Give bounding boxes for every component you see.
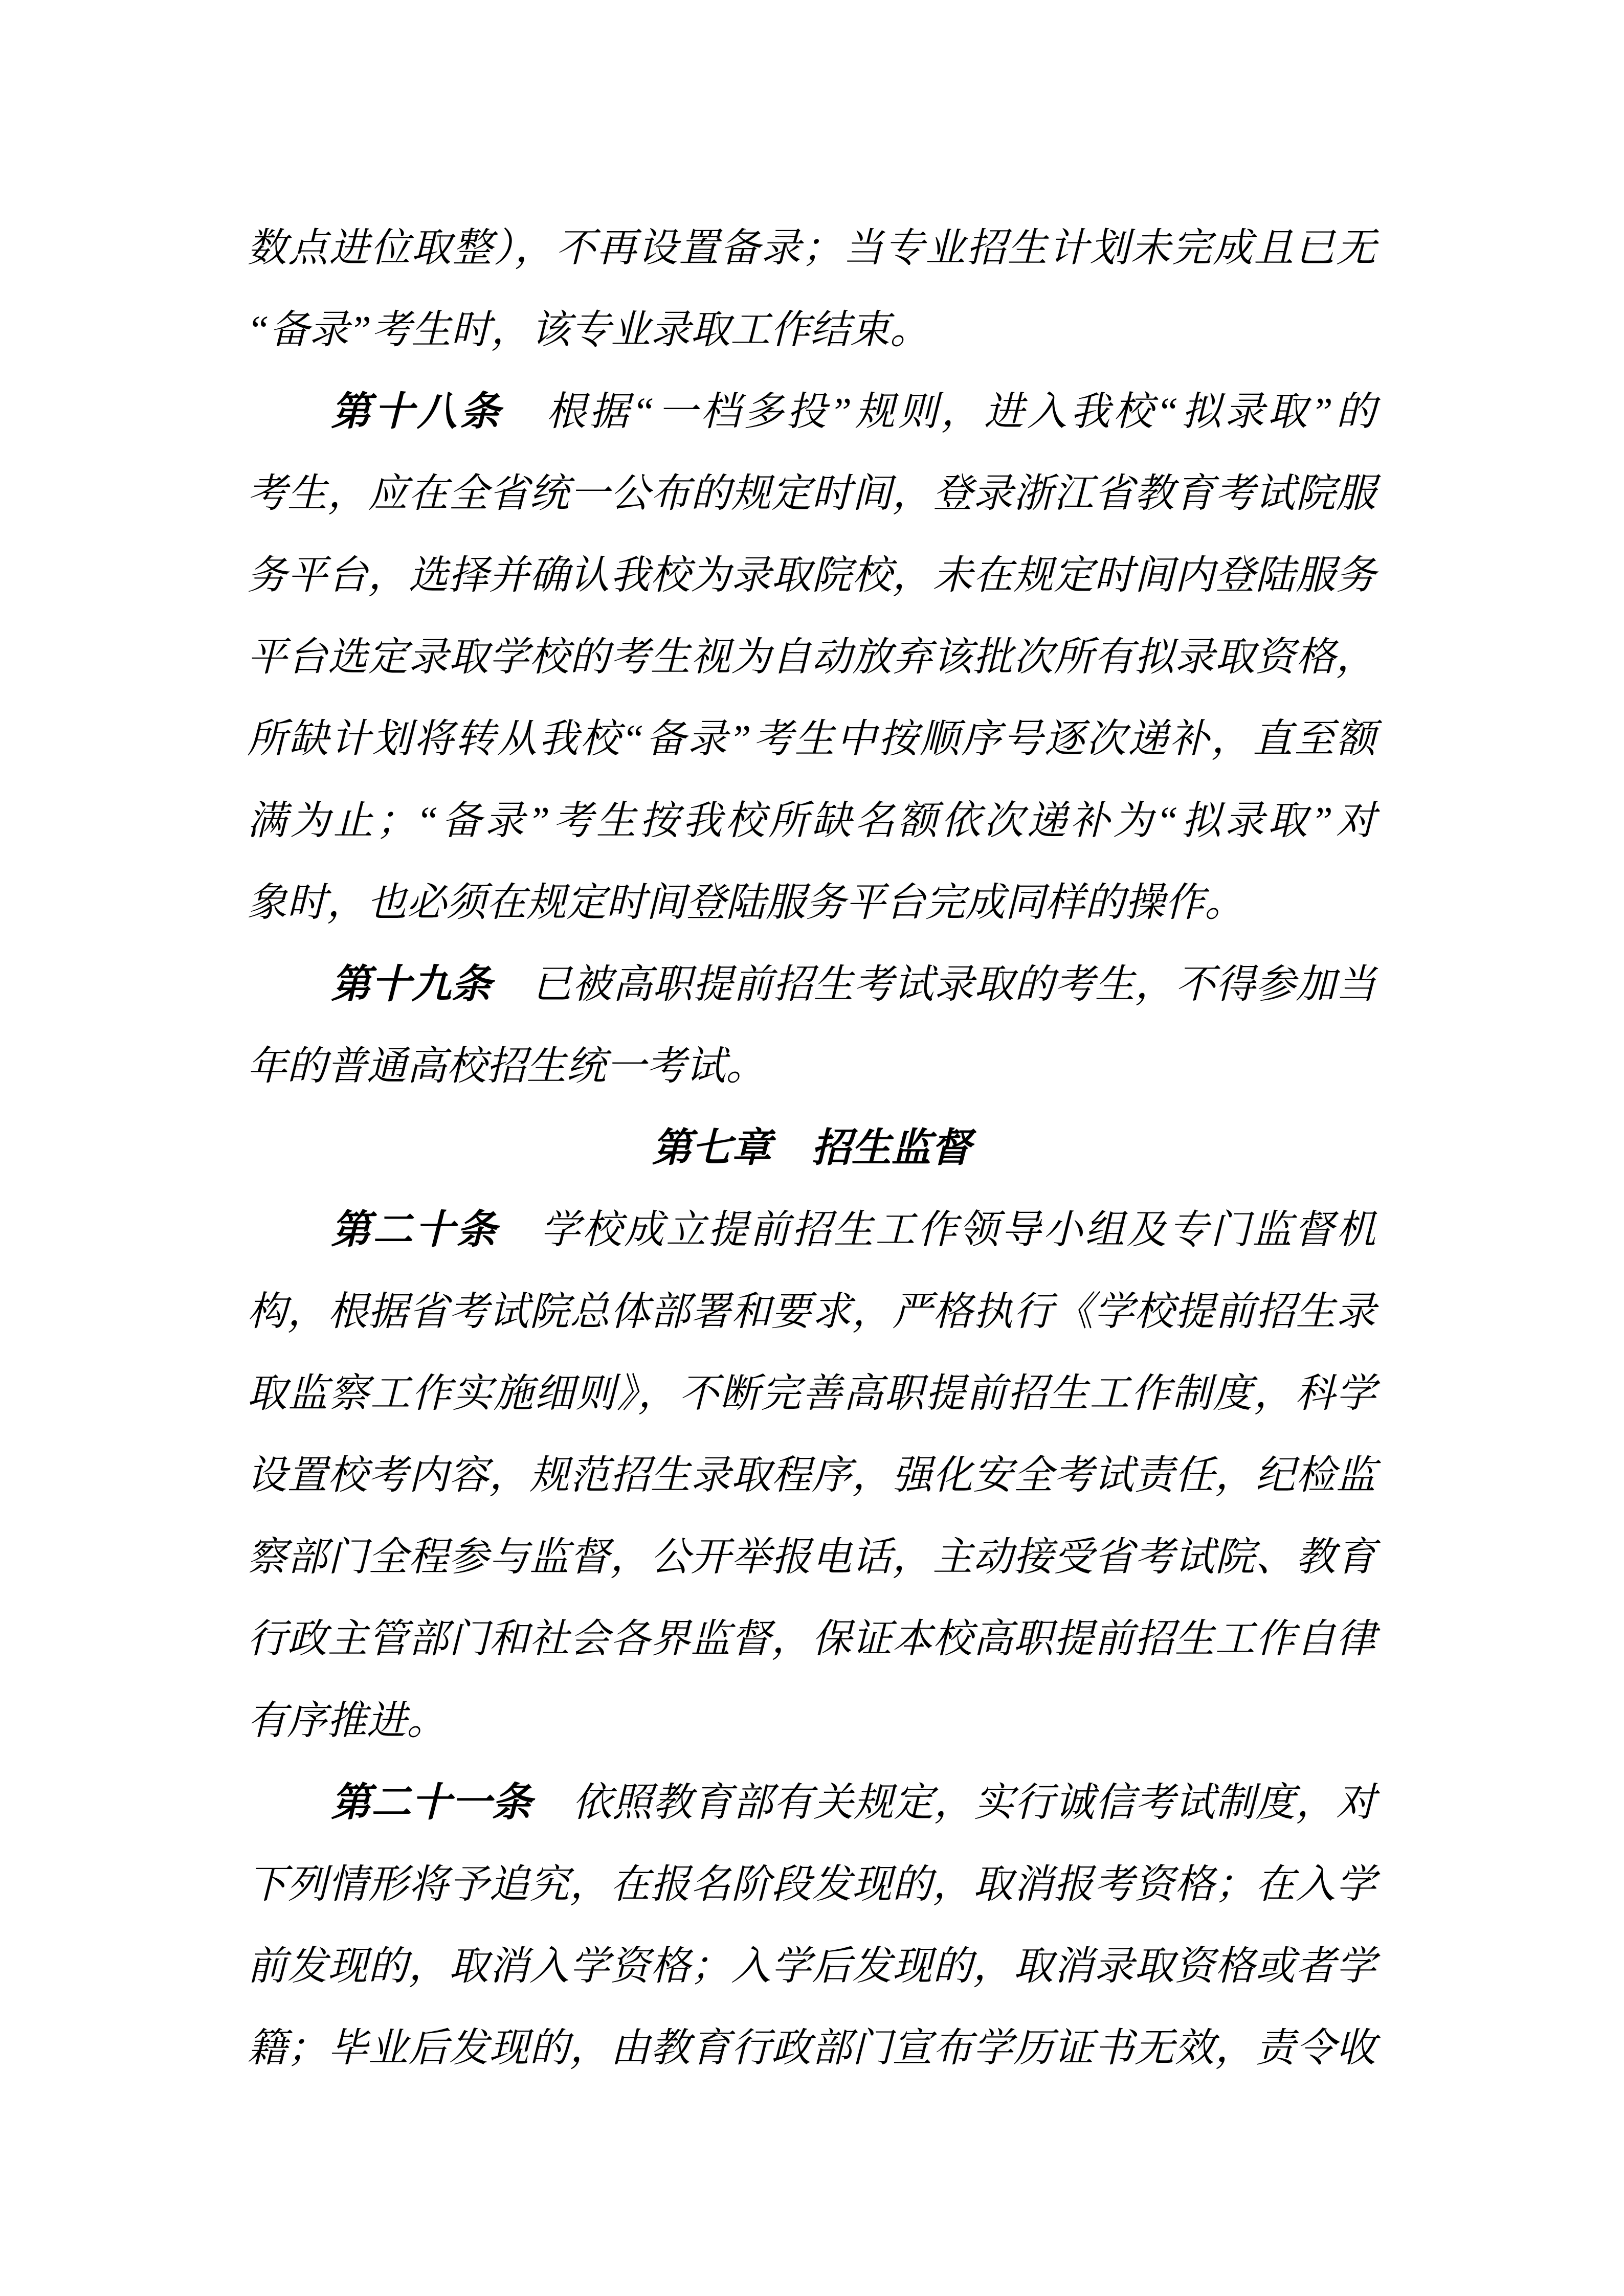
line-text: 务平台，选择并确认我校为录取院校，未在规定时间内登陆服务 xyxy=(247,553,1376,597)
text-line: 察部门全程参与监督，公开举报电话，主动接受省考试院、教育 xyxy=(247,1516,1376,1598)
line-text: 察部门全程参与监督，公开举报电话，主动接受省考试院、教育 xyxy=(247,1535,1376,1579)
text-line: 设置校考内容，规范招生录取程序，强化安全考试责任，纪检监 xyxy=(247,1434,1376,1516)
article-number: 第二十一条 xyxy=(331,1780,532,1825)
text-line: 象时，也必须在规定时间登陆服务平台完成同样的操作。 xyxy=(247,862,1376,943)
text-line: 下列情形将予追究，在报名阶段发现的，取消报考资格；在入学 xyxy=(247,1843,1376,1925)
line-text: 已被高职提前招生考试录取的考生，不得参加当 xyxy=(492,962,1376,1006)
line-text: 所缺计划将转从我校“备录”考生中按顺序号逐次递补，直至额 xyxy=(247,716,1376,761)
chapter-heading: 第七章 招生监督 xyxy=(247,1107,1376,1189)
line-text: 数点进位取整），不再设置备录；当专业招生计划未完成且已无 xyxy=(247,226,1376,270)
text-line: 考生，应在全省统一公布的规定时间，登录浙江省教育考试院服 xyxy=(247,453,1376,534)
text-line: 务平台，选择并确认我校为录取院校，未在规定时间内登陆服务 xyxy=(247,534,1376,616)
line-text: 构，根据省考试院总体部署和要求，严格执行《学校提前招生录 xyxy=(247,1289,1376,1334)
line-text: 满为止；“备录”考生按我校所缺名额依次递补为“拟录取”对 xyxy=(247,798,1376,843)
text-line: 所缺计划将转从我校“备录”考生中按顺序号逐次递补，直至额 xyxy=(247,698,1376,780)
document-page: 数点进位取整），不再设置备录；当专业招生计划未完成且已无“备录”考生时，该专业录… xyxy=(0,0,1624,2296)
text-line: 籍；毕业后发现的，由教育行政部门宣布学历证书无效，责令收 xyxy=(247,2007,1376,2089)
text-line: 有序推进。 xyxy=(247,1680,1376,1762)
text-line: 第二十一条 依照教育部有关规定，实行诚信考试制度，对 xyxy=(247,1762,1376,1843)
article-number: 第十八条 xyxy=(331,389,503,434)
line-text: 设置校考内容，规范招生录取程序，强化安全考试责任，纪检监 xyxy=(247,1453,1376,1497)
line-text: 取监察工作实施细则》，不断完善高职提前招生工作制度，科学 xyxy=(247,1371,1376,1415)
text-line: 满为止；“备录”考生按我校所缺名额依次递补为“拟录取”对 xyxy=(247,780,1376,862)
line-text: 学校成立提前招生工作领导小组及专门监督机 xyxy=(499,1207,1376,1252)
line-text: “备录”考生时，该专业录取工作结束。 xyxy=(247,307,930,352)
line-text: 考生，应在全省统一公布的规定时间，登录浙江省教育考试院服 xyxy=(247,471,1376,515)
line-text: 象时，也必须在规定时间登陆服务平台完成同样的操作。 xyxy=(247,880,1244,925)
line-text: 依照教育部有关规定，实行诚信考试制度，对 xyxy=(532,1780,1376,1825)
article-number: 第十九条 xyxy=(331,962,492,1006)
text-line: 年的普通高校招生统一考试。 xyxy=(247,1025,1376,1107)
text-line: 构，根据省考试院总体部署和要求，严格执行《学校提前招生录 xyxy=(247,1271,1376,1353)
line-text: 下列情形将予追究，在报名阶段发现的，取消报考资格；在入学 xyxy=(247,1862,1376,1906)
line-text: 籍；毕业后发现的，由教育行政部门宣布学历证书无效，责令收 xyxy=(247,2025,1376,2070)
text-line: 取监察工作实施细则》，不断完善高职提前招生工作制度，科学 xyxy=(247,1353,1376,1434)
line-text: 前发现的，取消入学资格；入学后发现的，取消录取资格或者学 xyxy=(247,1944,1376,1988)
chapter-heading-text: 第七章 招生监督 xyxy=(652,1126,971,1170)
article-number: 第二十条 xyxy=(331,1207,499,1252)
text-line: 第二十条 学校成立提前招生工作领导小组及专门监督机 xyxy=(247,1189,1376,1271)
text-line: 平台选定录取学校的考生视为自动放弃该批次所有拟录取资格， xyxy=(247,616,1376,698)
line-text: 根据“一档多投”规则，进入我校“拟录取”的 xyxy=(503,389,1376,434)
line-text: 平台选定录取学校的考生视为自动放弃该批次所有拟录取资格， xyxy=(247,635,1376,679)
line-text: 年的普通高校招生统一考试。 xyxy=(247,1044,766,1088)
line-text: 行政主管部门和社会各界监督，保证本校高职提前招生工作自律 xyxy=(247,1616,1376,1661)
text-line: 第十九条 已被高职提前招生考试录取的考生，不得参加当 xyxy=(247,943,1376,1025)
document-body: 数点进位取整），不再设置备录；当专业招生计划未完成且已无“备录”考生时，该专业录… xyxy=(247,207,1376,2089)
line-text: 有序推进。 xyxy=(247,1698,447,1743)
text-line: 数点进位取整），不再设置备录；当专业招生计划未完成且已无 xyxy=(247,207,1376,289)
text-line: 行政主管部门和社会各界监督，保证本校高职提前招生工作自律 xyxy=(247,1598,1376,1680)
text-line: “备录”考生时，该专业录取工作结束。 xyxy=(247,289,1376,371)
text-line: 前发现的，取消入学资格；入学后发现的，取消录取资格或者学 xyxy=(247,1925,1376,2007)
text-line: 第十八条 根据“一档多投”规则，进入我校“拟录取”的 xyxy=(247,371,1376,453)
